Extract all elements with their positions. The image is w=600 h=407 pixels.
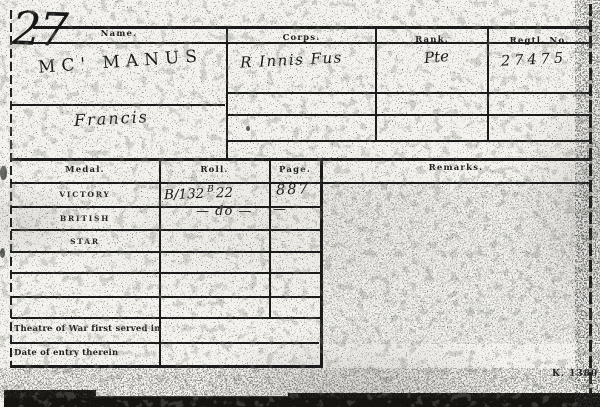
roll-prefix: B/132 [164, 186, 205, 203]
handwritten-case-number: 27 [11, 0, 68, 59]
scan-bottom-band-right [288, 393, 600, 407]
scan-edge-smudge-1 [0, 166, 7, 180]
card-left-border [10, 10, 12, 368]
roll-superscript: B [207, 184, 214, 194]
medal-index-card-scan: Name. Corps. Rank. Regtl. No. Medal. Rol… [0, 0, 600, 407]
scan-edge-smudge-2 [0, 248, 5, 258]
divider-roll-page [269, 158, 271, 319]
scan-bottom-band-middle [94, 396, 290, 407]
handwritten-regtl-no: 27475 [501, 50, 568, 69]
name-mid-line [11, 104, 225, 106]
corps-row3-line [227, 140, 592, 142]
page-column-header: Page. [270, 165, 320, 175]
handwritten-corps: R Innis Fus [240, 48, 344, 71]
ink-blot [246, 126, 250, 131]
handwritten-rank: Pte [423, 47, 449, 67]
date-of-entry-label: Date of entry therein [14, 348, 118, 358]
handwritten-page-ditto-british: — [273, 202, 286, 217]
row-line-star [11, 251, 321, 253]
regtl-no-column-header: Regtl. No. [488, 36, 591, 46]
divider-medal-roll [159, 158, 161, 368]
corps-row1-line [227, 92, 592, 94]
row-line-british [11, 229, 321, 231]
scan-bottom-band-left [4, 390, 96, 407]
divider-page-remarks [320, 158, 323, 368]
row-line-theatre [11, 342, 319, 344]
medal-row-british-label: British [11, 214, 159, 223]
medal-column-header: Medal. [11, 165, 159, 175]
card-right-border [589, 4, 592, 397]
row-line-empty-3 [11, 317, 321, 319]
handwritten-roll-ditto-british: — do — [196, 204, 252, 219]
medal-table-top-border [11, 158, 592, 161]
row-line-empty-2 [11, 296, 321, 298]
roll-suffix: 22 [216, 185, 234, 202]
handwritten-forename: Francis [74, 107, 150, 130]
divider-name-corps [226, 26, 228, 160]
card-bottom-border [11, 365, 321, 368]
handwritten-page-victory: 887 [276, 181, 310, 198]
medal-row-victory-label: Victory [11, 190, 159, 199]
row-line-empty-1 [11, 272, 321, 274]
corps-column-header: Corps. [227, 33, 376, 43]
rank-column-header: Rank. [376, 35, 488, 45]
corps-row2-line [227, 114, 592, 116]
theatre-of-war-label: Theatre of War first served in [14, 324, 161, 334]
remarks-column-header: Remarks. [321, 163, 591, 173]
roll-column-header: Roll. [160, 165, 269, 175]
form-reference: K. 1380 [552, 369, 598, 379]
handwritten-roll-victory: B/132B22 [164, 184, 234, 203]
medal-row-star-label: Star [11, 237, 159, 246]
